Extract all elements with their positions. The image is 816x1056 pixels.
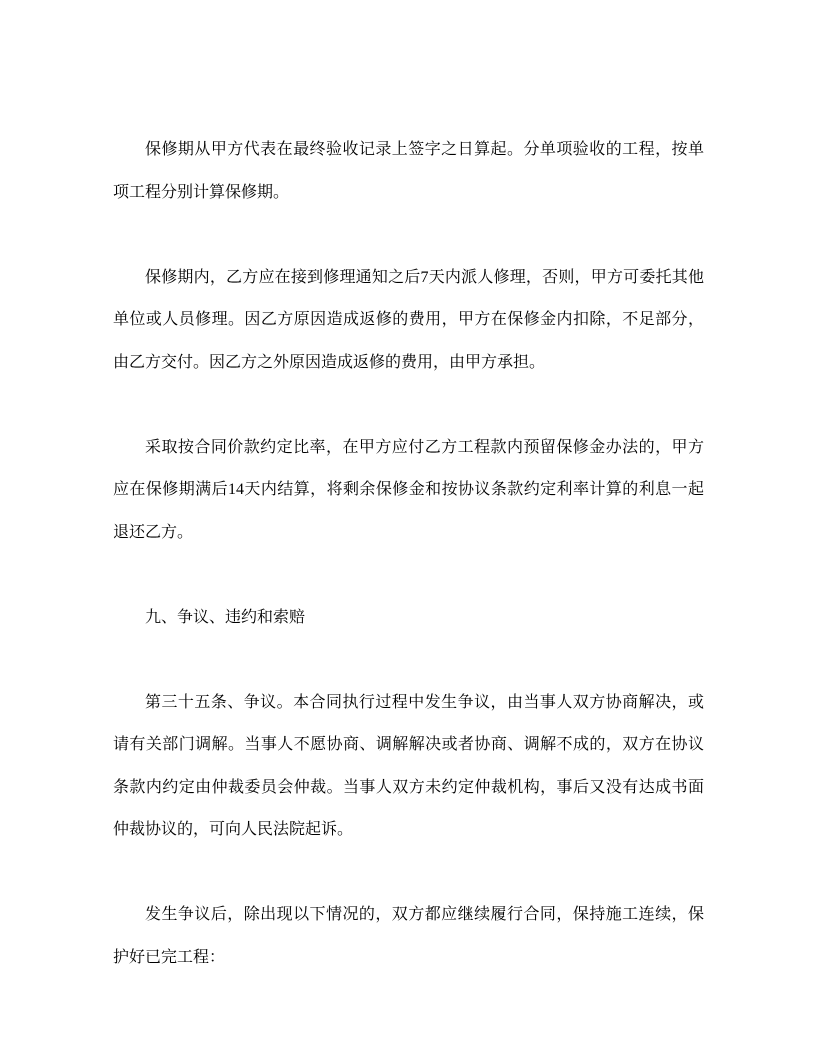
section-heading-disputes-breach-claims: 九、争议、违约和索赔 — [113, 597, 704, 640]
paragraph-warranty-repair-obligations: 保修期内，乙方应在接到修理通知之后7天内派人修理，否则，甲方可委托其他单位或人员… — [113, 257, 704, 385]
paragraph-warranty-period-start: 保修期从甲方代表在最终验收记录上签字之日算起。分单项验收的工程，按单项工程分别计… — [113, 129, 704, 214]
paragraph-warranty-retention-settlement: 采取按合同价款约定比率，在甲方应付乙方工程款内预留保修金办法的，甲方应在保修期满… — [113, 427, 704, 555]
paragraph-article-35-disputes: 第三十五条、争议。本合同执行过程中发生争议，由当事人双方协商解决，或请有关部门调… — [113, 682, 704, 852]
contract-document-page: 保修期从甲方代表在最终验收记录上签字之日算起。分单项验收的工程，按单项工程分别计… — [0, 0, 816, 1056]
paragraph-continue-performance-after-dispute: 发生争议后，除出现以下情况的，双方都应继续履行合同，保持施工连续，保护好已完工程… — [113, 894, 704, 979]
